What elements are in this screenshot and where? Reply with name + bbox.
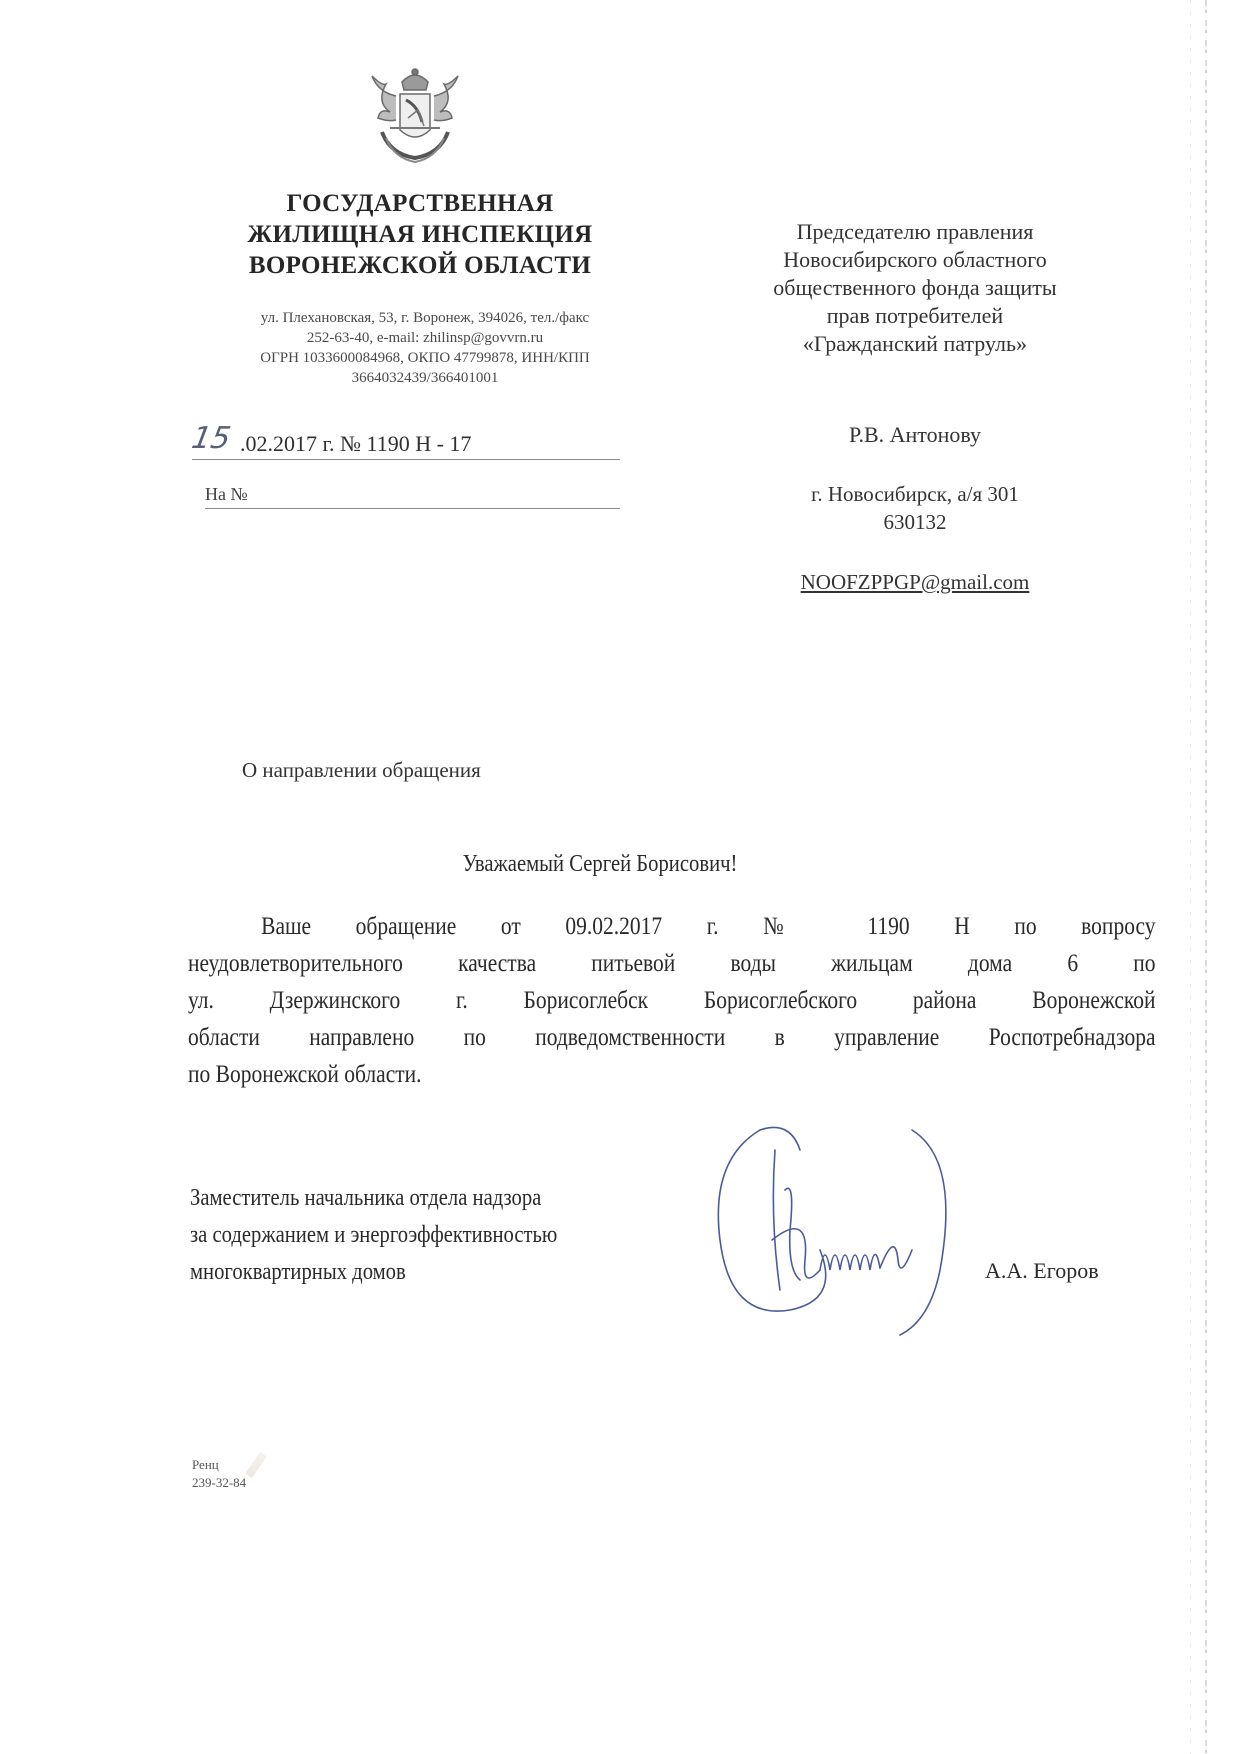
recipient-email: NOOFZPPGP@gmail.com	[730, 570, 1100, 595]
recipient-line: прав потребителей	[730, 302, 1100, 330]
organization-contacts: ул. Плехановская, 53, г. Воронеж, 394026…	[195, 308, 655, 388]
executor-phone: 239-32-84	[192, 1474, 246, 1492]
contacts-line: ул. Плехановская, 53, г. Воронеж, 394026…	[195, 308, 655, 328]
signer-name: А.А. Егоров	[985, 1258, 1099, 1284]
handwritten-signature-icon	[700, 1120, 1020, 1350]
address-line: г. Новосибирск, а/я 301	[730, 480, 1100, 508]
recipient-line: Новосибирского областного	[730, 246, 1100, 274]
body-line: области направлено по подведомственности…	[188, 1019, 1156, 1056]
signer-position: Заместитель начальника отдела надзора за…	[190, 1180, 617, 1291]
reference-number-line: На №	[205, 482, 620, 509]
body-line: неудовлетворительного качества питьевой …	[188, 945, 1156, 982]
executor-info: Ренц 239-32-84	[192, 1456, 246, 1492]
org-name-line: ЖИЛИЩНАЯ ИНСПЕКЦИЯ	[200, 219, 640, 250]
recipient-line: общественного фонда защиты	[730, 274, 1100, 302]
contacts-line: ОГРН 1033600084968, ОКПО 47799878, ИНН/К…	[195, 348, 655, 368]
recipient-name: Р.В. Антонову	[730, 422, 1100, 448]
executor-name: Ренц	[192, 1456, 246, 1474]
email-link[interactable]: NOOFZPPGP@gmail.com	[801, 570, 1030, 594]
registration-date-number: 15 .02.2017 г. № 1190 Н - 17	[192, 425, 620, 460]
recipient-block: Председателю правления Новосибирского об…	[730, 218, 1100, 358]
letter-body: Ваше обращение от 09.02.2017 г. № 1190 Н…	[188, 908, 1156, 1093]
postal-code: 630132	[730, 508, 1100, 536]
handwritten-day: 15	[189, 421, 233, 456]
recipient-line: Председателю правления	[730, 218, 1100, 246]
org-name-line: ГОСУДАРСТВЕННАЯ	[200, 188, 640, 219]
date-and-number: .02.2017 г. № 1190 Н - 17	[240, 431, 471, 457]
position-line: Заместитель начальника отдела надзора	[190, 1180, 557, 1217]
contacts-line: 3664032439/366401001	[195, 368, 655, 388]
recipient-address: г. Новосибирск, а/я 301 630132	[730, 480, 1100, 536]
organization-name: ГОСУДАРСТВЕННАЯ ЖИЛИЩНАЯ ИНСПЕКЦИЯ ВОРОН…	[200, 188, 640, 281]
body-line: ул. Дзержинского г. Борисоглебск Борисог…	[188, 982, 1156, 1019]
position-line: многоквартирных домов	[190, 1254, 557, 1291]
letter-subject: О направлении обращения	[242, 758, 481, 783]
coat-of-arms-icon	[360, 62, 470, 172]
reference-label: На №	[205, 484, 248, 505]
body-line: Ваше обращение от 09.02.2017 г. № 1190 Н…	[188, 908, 1156, 945]
contacts-line: 252-63-40, e-mail: zhilinsp@govvrn.ru	[195, 328, 655, 348]
scan-edge-artifact	[1205, 0, 1207, 1754]
org-name-line: ВОРОНЕЖСКОЙ ОБЛАСТИ	[200, 250, 640, 281]
body-line: по Воронежской области.	[188, 1056, 1156, 1093]
salutation: Уважаемый Сергей Борисович!	[213, 851, 987, 878]
position-line: за содержанием и энергоэффективностью	[190, 1217, 557, 1254]
scan-artifact-line	[1190, 0, 1191, 1754]
scan-smudge	[245, 1452, 266, 1478]
recipient-line: «Гражданский патруль»	[730, 330, 1100, 358]
